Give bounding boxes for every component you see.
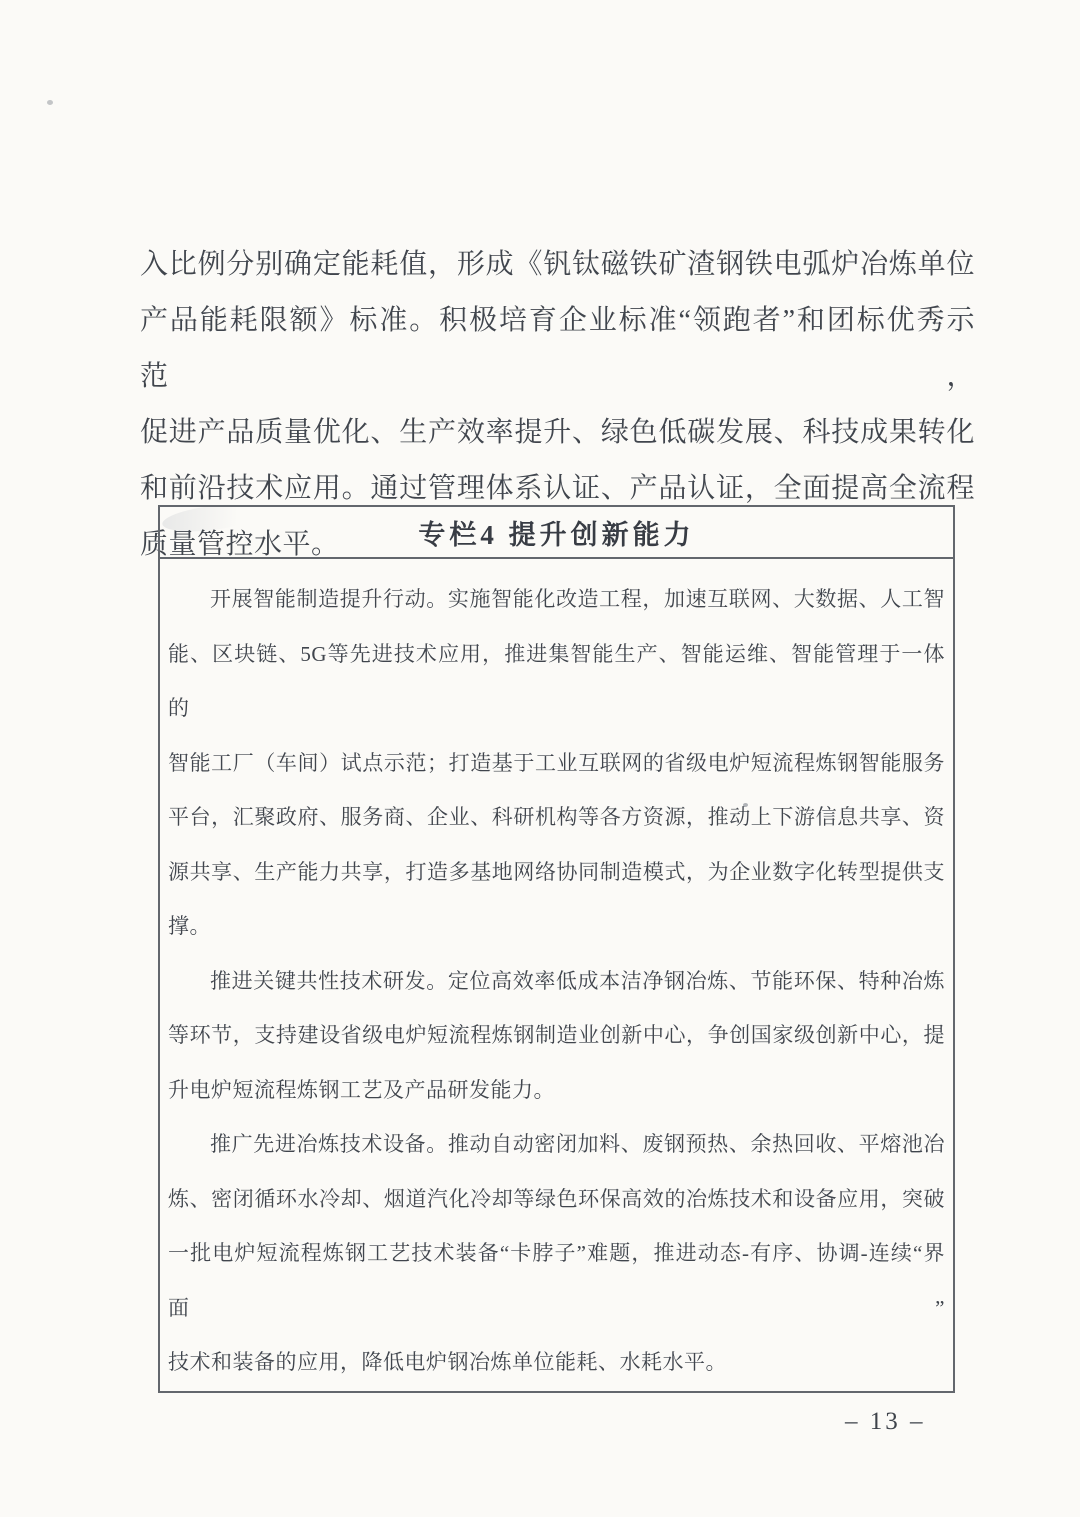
box-line: 一批电炉短流程炼钢工艺技术装备“卡脖子”难题，推进动态-有序、协调-连续“界面”	[168, 1226, 945, 1335]
body-line: 产品能耗限额》标准。积极培育企业标准“领跑者”和团标优秀示范，	[140, 293, 975, 405]
box-line: 推广先进冶炼技术设备。推动自动密闭加料、废钢预热、余热回收、平熔池冶	[168, 1117, 945, 1172]
box-line: 智能工厂（车间）试点示范；打造基于工业互联网的省级电炉短流程炼钢智能服务	[168, 736, 945, 791]
column-box-header: 专栏4 提升创新能力	[160, 507, 953, 559]
box-line: 平台，汇聚政府、服务商、企业、科研机构等各方资源，推动上下游信息共享、资	[168, 790, 945, 845]
box-line: 推进关键共性技术研发。定位高效率低成本洁净钢冶炼、节能环保、特种冶炼	[168, 954, 945, 1009]
box-line: 炼、密闭循环水冷却、烟道汽化冷却等绿色环保高效的冶炼技术和设备应用，突破	[168, 1172, 945, 1227]
ink-dot	[47, 100, 53, 105]
column-box-body: 开展智能制造提升行动。实施智能化改造工程，加速互联网、大数据、人工智 能、区块链…	[160, 559, 953, 1393]
column-box: 专栏4 提升创新能力 开展智能制造提升行动。实施智能化改造工程，加速互联网、大数…	[158, 505, 955, 1393]
box-line: 开展智能制造提升行动。实施智能化改造工程，加速互联网、大数据、人工智	[168, 572, 945, 627]
box-line: 源共享、生产能力共享，打造多基地网络协同制造模式，为企业数字化转型提供支	[168, 845, 945, 900]
box-line: 技术和装备的应用，降低电炉钢冶炼单位能耗、水耗水平。	[168, 1335, 945, 1390]
document-page: 入比例分别确定能耗值，形成《钒钛磁铁矿渣钢铁电弧炉冶炼单位 产品能耗限额》标准。…	[0, 0, 1080, 1517]
body-line: 入比例分别确定能耗值，形成《钒钛磁铁矿渣钢铁电弧炉冶炼单位	[140, 237, 975, 293]
page-number: – 13 –	[845, 1408, 926, 1436]
box-line: 推进标准体系和品牌建设。围绕电炉短流程炼钢特色基础和资源禀赋，制定一	[168, 1390, 945, 1394]
box-line: 撑。	[168, 899, 945, 954]
column-box-title: 专栏4 提升创新能力	[418, 513, 694, 552]
box-line: 等环节，支持建设省级电炉短流程炼钢制造业创新中心，争创国家级创新中心，提	[168, 1008, 945, 1063]
box-line: 能、区块链、5G等先进技术应用，推进集智能生产、智能运维、智能管理于一体的	[168, 627, 945, 736]
box-line: 升电炉短流程炼钢工艺及产品研发能力。	[168, 1063, 945, 1118]
body-line: 促进产品质量优化、生产效率提升、绿色低碳发展、科技成果转化	[140, 405, 975, 461]
